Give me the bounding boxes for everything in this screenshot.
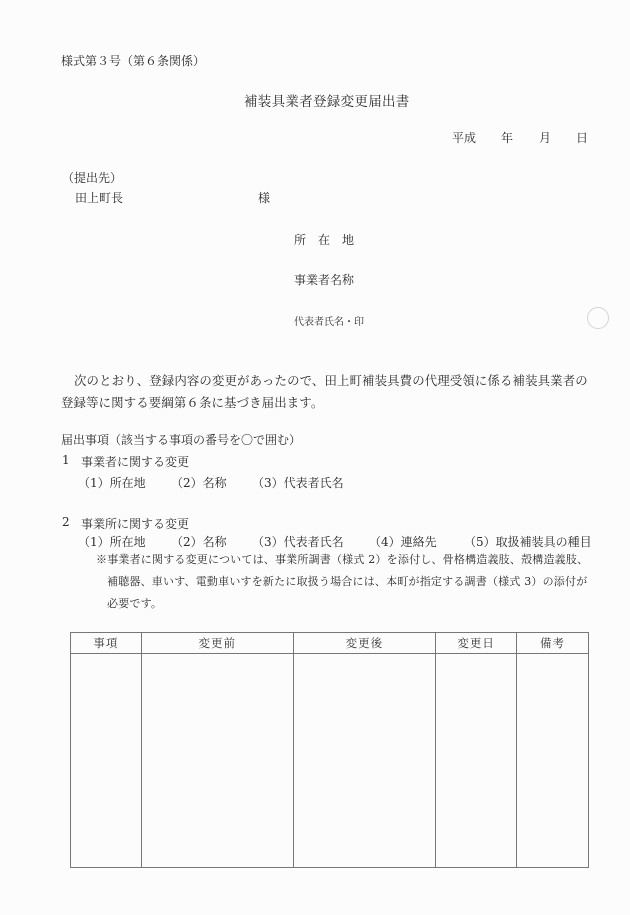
column-header-change-date: 変更日 bbox=[436, 633, 517, 654]
section-2-item: （2）名称 bbox=[171, 533, 252, 550]
cell-item[interactable] bbox=[71, 654, 142, 868]
note-line: 補聴器、車いす、電動車いすを新たに取扱う場合には、本町が指定する調書（様式 3）… bbox=[96, 571, 596, 593]
section-2-number: 2 bbox=[62, 515, 70, 529]
date-era: 平成 bbox=[452, 129, 476, 146]
section-2-item: （5）取扱補装具の種目 bbox=[464, 533, 592, 550]
date-year-label: 年 bbox=[501, 129, 513, 146]
section-1-items: （1）所在地（2）名称（3）代表者氏名 bbox=[78, 474, 344, 491]
body-paragraph: 次のとおり、登録内容の変更があったので、田上町補装具費の代理受領に係る補装具業者… bbox=[61, 370, 591, 414]
column-header-after: 変更後 bbox=[293, 633, 436, 654]
seal-circle-icon bbox=[587, 307, 609, 329]
section-1-title: 事業者に関する変更 bbox=[81, 453, 189, 470]
date-month-label: 月 bbox=[539, 129, 551, 146]
section-1-number: 1 bbox=[62, 453, 70, 467]
column-header-remarks: 備考 bbox=[517, 633, 589, 654]
table-header-row: 事項 変更前 変更後 変更日 備考 bbox=[71, 633, 589, 654]
address-label: 所 在 地 bbox=[294, 231, 354, 248]
recipient-honorific: 様 bbox=[258, 189, 270, 206]
date-day-label: 日 bbox=[576, 129, 588, 146]
note-line: 必要です。 bbox=[96, 593, 596, 615]
recipient-name: 田上町長 bbox=[75, 189, 123, 206]
section-1-item: （1）所在地 bbox=[78, 474, 171, 491]
cell-remarks[interactable] bbox=[517, 654, 589, 868]
change-record-table: 事項 変更前 変更後 変更日 備考 bbox=[70, 632, 589, 868]
page-title: 補装具業者登録変更届出書 bbox=[244, 90, 410, 110]
cell-before[interactable] bbox=[141, 654, 293, 868]
business-name-label: 事業者名称 bbox=[294, 271, 354, 288]
notification-heading: 届出事項（該当する事項の番号を〇で囲む） bbox=[61, 431, 301, 448]
note-line: ※事業者に関する変更については、事業所調書（様式 2）を添付し、骨格構造義肢、殻… bbox=[96, 549, 596, 571]
table-row bbox=[71, 654, 589, 868]
column-header-before: 変更前 bbox=[141, 633, 293, 654]
section-2-item: （1）所在地 bbox=[78, 533, 171, 550]
cell-after[interactable] bbox=[293, 654, 436, 868]
attachment-note: ※事業者に関する変更については、事業所調書（様式 2）を添付し、骨格構造義肢、殻… bbox=[96, 549, 596, 615]
section-2-item: （4）連絡先 bbox=[369, 533, 464, 550]
section-2-title: 事業所に関する変更 bbox=[81, 515, 189, 532]
form-number: 様式第３号（第６条関係） bbox=[61, 52, 205, 69]
section-1-item: （2）名称 bbox=[171, 474, 252, 491]
representative-label: 代表者氏名・印 bbox=[294, 313, 364, 328]
section-2-items: （1）所在地（2）名称（3）代表者氏名（4）連絡先（5）取扱補装具の種目 bbox=[78, 533, 592, 550]
section-2-item: （3）代表者氏名 bbox=[252, 533, 369, 550]
column-header-item: 事項 bbox=[71, 633, 142, 654]
section-1-item: （3）代表者氏名 bbox=[252, 474, 344, 491]
cell-change-date[interactable] bbox=[436, 654, 517, 868]
recipient-label: （提出先） bbox=[62, 169, 122, 186]
